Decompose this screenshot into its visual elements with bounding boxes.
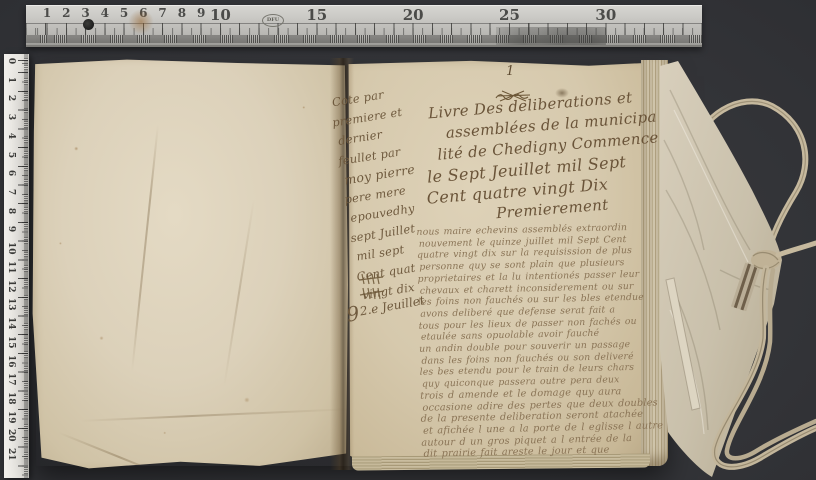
vruler-number-3: 3 [6, 111, 16, 123]
ruler-number-10: 10 [210, 6, 231, 24]
ruler-number-9: 9 [197, 6, 205, 20]
vertical-ruler: 0123456789101112131415161718192021 [4, 54, 29, 478]
parchment-flap-and-ties [600, 50, 816, 480]
vruler-number-5: 5 [6, 149, 16, 161]
vruler-number-12: 12 [6, 280, 16, 292]
page-number: 1 [506, 64, 514, 79]
ruler-number-30: 30 [595, 6, 616, 24]
ruler-number-1: 1 [43, 6, 51, 20]
maker-logo: DFU [262, 14, 284, 27]
ruler-number-2: 2 [62, 6, 70, 20]
vruler-number-10: 10 [6, 242, 16, 254]
ruler-smudge [496, 27, 606, 45]
vruler-number-11: 11 [6, 261, 16, 273]
tie-end-right [778, 243, 816, 255]
vruler-number-15: 15 [6, 336, 16, 348]
foxing-spots [32, 58, 348, 470]
ruler-number-4: 4 [101, 6, 109, 20]
vruler-number-13: 13 [6, 298, 16, 310]
vruler-number-19: 19 [6, 411, 16, 423]
vruler-number-6: 6 [6, 167, 16, 179]
ruler-number-7: 7 [158, 6, 166, 20]
ruler-number-5: 5 [120, 6, 128, 20]
ruler-number-25: 25 [499, 6, 520, 24]
ruler-number-15: 15 [306, 6, 327, 24]
vruler-number-7: 7 [6, 186, 16, 198]
left-page-blank [32, 58, 348, 470]
vruler-number-4: 4 [6, 130, 16, 142]
ruler-number-20: 20 [403, 6, 424, 24]
vruler-number-9: 9 [6, 223, 16, 235]
vruler-number-17: 17 [6, 373, 16, 385]
vruler-number-8: 8 [6, 205, 16, 217]
ruler-number-3: 3 [81, 6, 89, 20]
ruler-hole [83, 19, 94, 30]
vruler-number-21: 21 [6, 448, 16, 460]
manuscript-photo: 1234567891015202530 DFU 0123456789101112… [0, 0, 816, 480]
vruler-number-0: 0 [6, 55, 16, 67]
vruler-number-1: 1 [6, 74, 16, 86]
vruler-number-16: 16 [6, 355, 16, 367]
vruler-number-18: 18 [6, 392, 16, 404]
ruler-stain [128, 10, 154, 36]
horizontal-ruler: 1234567891015202530 DFU [26, 5, 702, 47]
vruler-mm-ticks [24, 54, 28, 478]
vruler-number-14: 14 [6, 317, 16, 329]
vruler-number-20: 20 [6, 429, 16, 441]
ruler-number-8: 8 [178, 6, 186, 20]
vruler-number-2: 2 [6, 92, 16, 104]
